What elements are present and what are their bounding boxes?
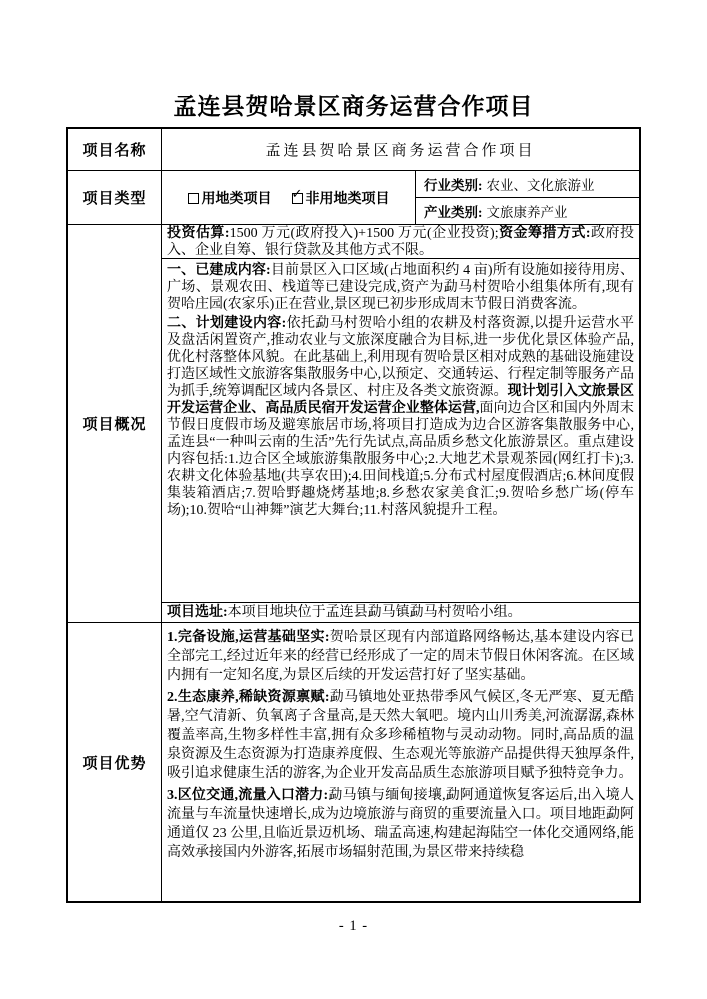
checkbox-checked-icon: ✓ [292, 193, 303, 204]
industry-category-label: 行业类别: [424, 174, 483, 194]
project-name-value: 孟连县贺哈景区商务运营合作项目 [162, 129, 639, 170]
site-location-paragraph: 项目选址:本项目地块位于孟连县勐马镇勐马村贺哈小组。 [162, 603, 639, 622]
project-advantages-label: 项目优势 [68, 623, 162, 901]
sector-category-row: 产业类别: 文旅康养产业 [416, 197, 639, 224]
checkbox-option-non-land-label: 非用地类项目 [306, 192, 390, 207]
advantage-paragraph-3: 3.区位交通,流量入口潜力:勐马镇与缅甸接壤,勐阿通道恢复客运后,出入境人流量与… [167, 786, 634, 862]
advantage-paragraph-1: 1.完备设施,运营基础坚实:贺哈景区现有内部道路网络畅达,基本建设内容已全部完工… [167, 628, 634, 685]
document-page: 孟连县贺哈景区商务运营合作项目 项目名称 孟连县贺哈景区商务运营合作项目 项目类… [0, 0, 707, 999]
industry-category-value: 农业、文化旅游业 [487, 174, 595, 194]
checkbox-option-land[interactable]: 用地类项目 [188, 188, 272, 208]
overview-content: 一、已建成内容:目前景区入口区域(占地面积约 4 亩)所有设施如接待用房、广场、… [162, 259, 639, 603]
checkbox-unchecked-icon [188, 193, 199, 204]
project-overview-label: 项目概况 [68, 225, 162, 622]
built-content-paragraph: 一、已建成内容:目前景区入口区域(占地面积约 4 亩)所有设施如接待用房、广场、… [167, 262, 634, 313]
sector-category-value: 文旅康养产业 [487, 201, 568, 221]
sector-category-label: 产业类别: [424, 201, 483, 221]
site-location-text: 项目选址:本项目地块位于孟连县勐马镇勐马村贺哈小组。 [167, 605, 522, 621]
page-number: - 1 - [0, 918, 707, 935]
project-overview-row: 项目概况 投资估算:1500 万元(政府投入)+1500 万元(企业投资);资金… [68, 224, 639, 622]
advantage-paragraph-2: 2.生态康养,稀缺资源禀赋:勐马镇地处亚热带季风气候区,冬无严寒、夏无酷暑,空气… [167, 688, 634, 783]
planned-content-paragraph: 二、计划建设内容:依托勐马村贺哈小组的农耕及村落资源,以提升运营水平及盘活闲置资… [167, 315, 634, 519]
document-title: 孟连县贺哈景区商务运营合作项目 [0, 88, 707, 121]
checkbox-group: 用地类项目 ✓非用地类项目 [162, 171, 416, 224]
project-advantages-row: 项目优势 1.完备设施,运营基础坚实:贺哈景区现有内部道路网络畅达,基本建设内容… [68, 622, 639, 901]
project-name-label: 项目名称 [68, 129, 162, 170]
industry-category-row: 行业类别: 农业、文化旅游业 [416, 171, 639, 197]
project-advantages-cell: 1.完备设施,运营基础坚实:贺哈景区现有内部道路网络畅达,基本建设内容已全部完工… [162, 623, 639, 901]
investment-funding-paragraph: 投资估算:1500 万元(政府投入)+1500 万元(企业投资);资金筹措方式:… [162, 225, 639, 259]
project-type-cell: 用地类项目 ✓非用地类项目 行业类别: 农业、文化旅游业 产业类别: 文旅康养产… [162, 171, 639, 224]
project-info-table: 项目名称 孟连县贺哈景区商务运营合作项目 项目类型 用地类项目 ✓非用地类项目 … [66, 127, 641, 903]
category-cells: 行业类别: 农业、文化旅游业 产业类别: 文旅康养产业 [416, 171, 639, 224]
project-type-label: 项目类型 [68, 171, 162, 224]
project-name-row: 项目名称 孟连县贺哈景区商务运营合作项目 [68, 129, 639, 170]
project-type-row: 项目类型 用地类项目 ✓非用地类项目 行业类别: 农业、文化旅游业 [68, 170, 639, 224]
checkbox-option-non-land[interactable]: ✓非用地类项目 [292, 188, 390, 208]
checkbox-option-land-label: 用地类项目 [202, 192, 272, 207]
project-overview-cell: 投资估算:1500 万元(政府投入)+1500 万元(企业投资);资金筹措方式:… [162, 225, 639, 622]
check-mark-icon: ✓ [292, 188, 303, 201]
